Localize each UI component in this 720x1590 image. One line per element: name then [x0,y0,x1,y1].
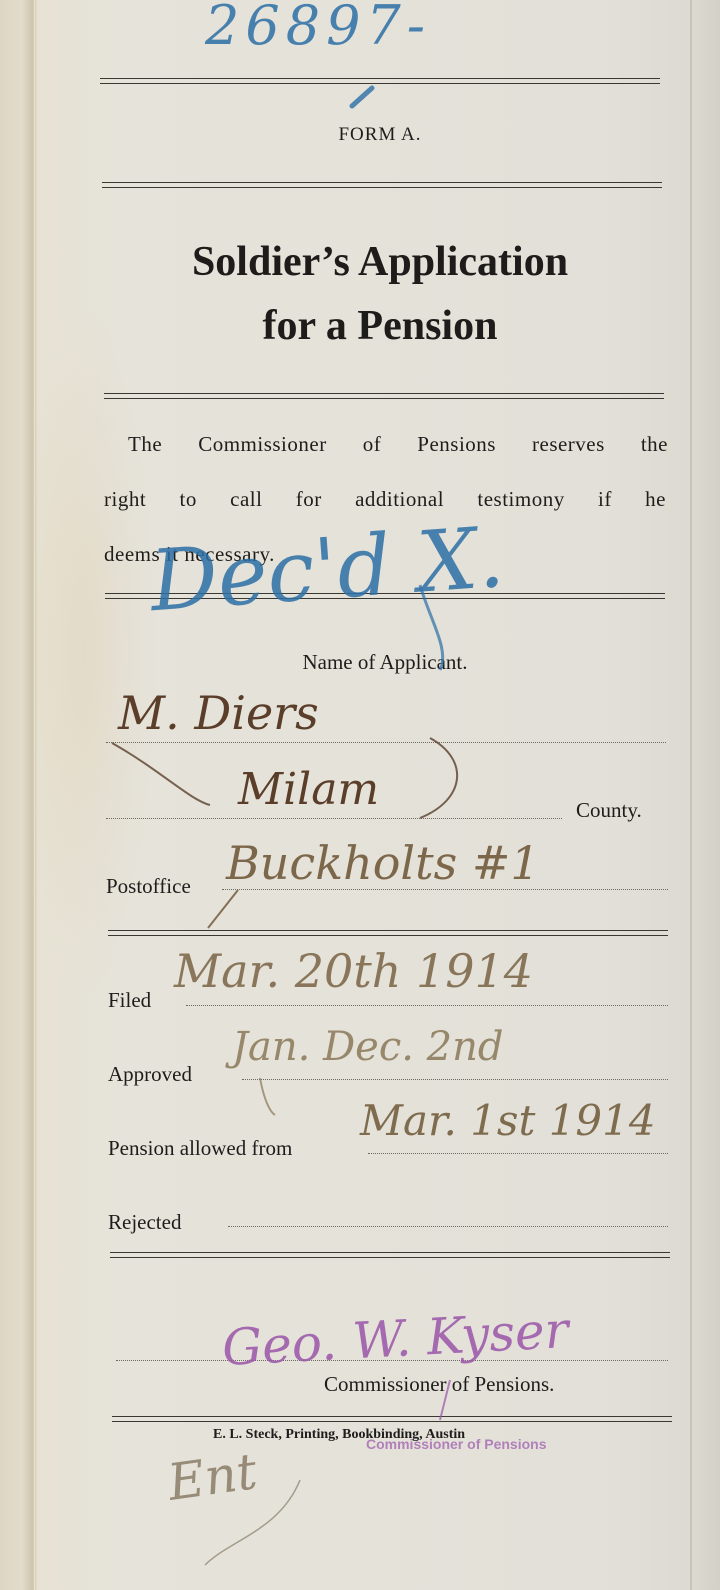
rejected-double-rule [110,1252,670,1258]
commissioner-signature: Geo. W. Kyser [221,1301,570,1377]
file-number: 26897- [205,0,431,57]
notice-line-2: right to call for additional testimony i… [104,487,666,512]
applicant-name-line [106,742,666,743]
rejected-label: Rejected [108,1210,181,1235]
commissioner-stamp: Commissioner of Pensions [366,1436,546,1452]
pension-allowed-value: Mar. 1st 1914 [360,1096,656,1145]
rejected-line [228,1226,668,1227]
title-line-2: for a Pension [60,294,700,358]
postoffice-value: Buckholts #1 [226,836,540,890]
notice-line-1: The Commissioner of Pensions reserves th… [128,432,668,457]
form-double-rule [102,182,662,188]
filed-label: Filed [108,988,151,1013]
commissioner-title: Commissioner of Pensions. [324,1372,554,1397]
filed-line [186,1005,668,1006]
filed-value: Mar. 20th 1914 [174,944,533,998]
bottom-double-rule [112,1416,672,1422]
county-value: Milam [238,764,379,815]
pension-allowed-line [368,1153,668,1154]
document-title: Soldier’s Application for a Pension [60,230,700,358]
county-line [106,818,562,819]
form-label: FORM A. [100,124,660,146]
pension-application-form: 26897- FORM A. Soldier’s Application for… [0,0,720,1590]
postoffice-double-rule [108,930,668,936]
top-double-rule [100,78,660,84]
pension-allowed-label: Pension allowed from [108,1136,292,1161]
approved-line [242,1079,668,1080]
entered-note: Ent [164,1442,260,1512]
approved-label: Approved [108,1062,192,1087]
name-of-applicant-caption: Name of Applicant. [100,650,670,675]
postoffice-label: Postoffice [106,874,191,899]
applicant-name-value: M. Diers [118,686,319,740]
county-label: County. [576,798,642,823]
title-line-1: Soldier’s Application [60,230,700,294]
approved-value: Jan. Dec. 2nd [232,1024,503,1070]
postoffice-line [222,889,668,890]
title-double-rule [104,393,664,399]
deceased-annotation: Dec'd X. [147,508,507,630]
